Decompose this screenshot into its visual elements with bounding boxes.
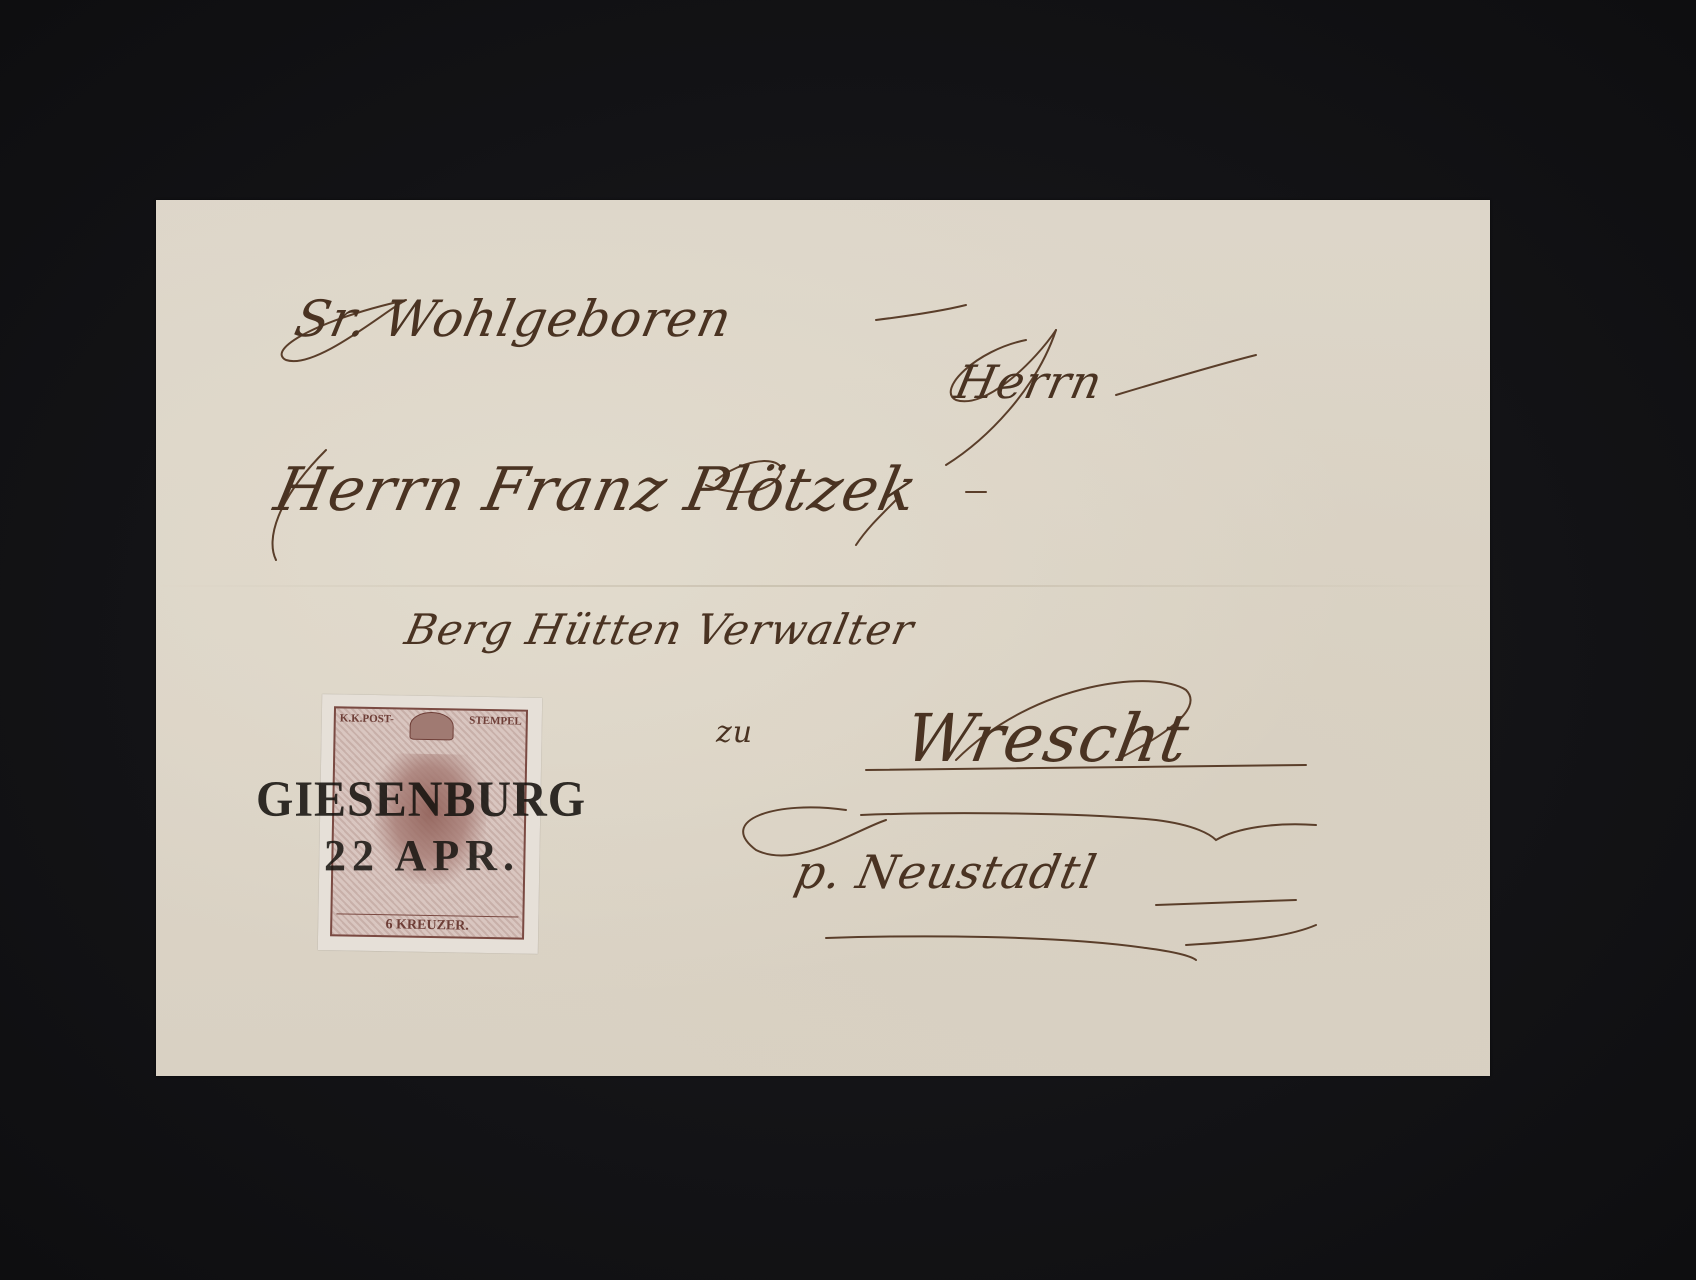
postmark-town: GIESENBURG	[256, 771, 586, 829]
stamp-denomination: 6 KREUZER.	[336, 913, 518, 935]
stamp-legend-left: K.K.POST-	[340, 712, 394, 725]
address-line-recipient: Herrn Franz Plötzek	[269, 455, 924, 525]
address-line-zu: zu	[716, 715, 753, 750]
postmark-date: 22 APR.	[324, 830, 520, 881]
postal-cover: Sr. Wohlgeboren Herrn Herrn Franz Plötze…	[156, 200, 1490, 1076]
address-line-via: p. Neustadtl	[790, 845, 1101, 899]
address-line-title: Berg Hütten Verwalter	[401, 605, 919, 654]
fold-line	[156, 585, 1490, 587]
address-line-town: Wrescht	[899, 700, 1195, 777]
crown-icon	[409, 712, 453, 741]
stamp-legend-right: STEMPEL	[469, 715, 522, 728]
address-line-salutation: Sr. Wohlgeboren	[290, 290, 737, 348]
address-line-herrn: Herrn	[950, 355, 1107, 409]
